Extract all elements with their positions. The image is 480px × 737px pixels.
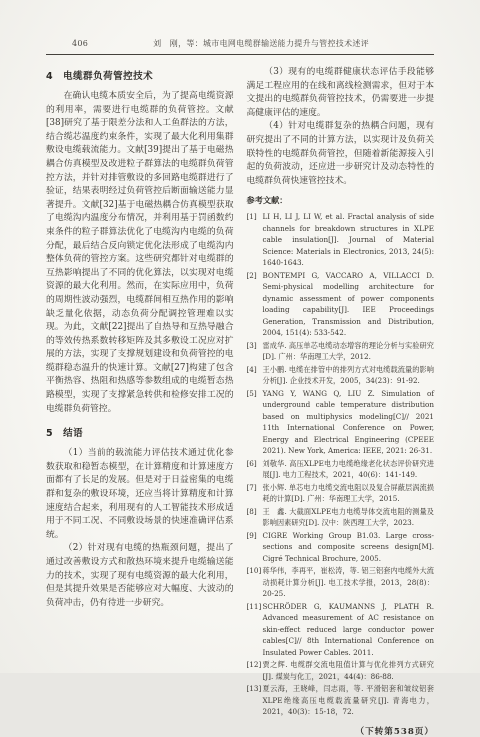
journal-page: 406 刘 刚，等：城市电网电缆群输送能力提升与管控技术述评 4 电缆群负荷管控… bbox=[0, 0, 480, 673]
conclusion-point-1: （1）当前的载流能力评估技术通过优化参数获取和稳暂态模型，在计算精度和计算速度方… bbox=[46, 447, 234, 542]
page-header: 406 刘 刚，等：城市电网电缆群输送能力提升与管控技术述评 bbox=[46, 38, 434, 49]
running-title: 刘 刚，等：城市电网电缆群输送能力提升与管控技术述评 bbox=[88, 38, 434, 49]
reference-label: [1] bbox=[247, 211, 263, 269]
reference-label: [8] bbox=[247, 506, 263, 529]
reference-label: [9] bbox=[247, 530, 263, 565]
reference-label: [2] bbox=[247, 270, 263, 339]
reference-text: LI H, LI J, LI W, et al. Fractal analysi… bbox=[263, 211, 435, 269]
conclusion-point-4: （4）针对电缆群复杂的热耦合问题，现有研究提出了不同的计算方法，以实现计及负荷关… bbox=[247, 120, 435, 188]
reference-text: 蒋华伟，李再平，崔松涛，等. 铝三铝套内电缆外大流动损耗计算分析[J]. 电工技… bbox=[263, 565, 435, 600]
reference-item-7: [7] 张小辉. 单芯电力电缆交流电阻以及复合屏蔽层涡流损耗的计算[D]. 广州… bbox=[247, 482, 435, 505]
reference-text: 王小鹏. 电缆在排管中的排列方式对电缆载流量的影响分析[J]. 企业技术开发，2… bbox=[263, 364, 435, 387]
reference-text: YANG Y, WANG Q, LIU Z. Simulation of und… bbox=[263, 388, 435, 457]
references-heading: 参考文献： bbox=[247, 195, 435, 206]
section-5-heading: 5 结语 bbox=[46, 425, 234, 439]
reference-item-1: [1] LI H, LI J, LI W, et al. Fractal ana… bbox=[247, 211, 435, 269]
reference-item-5: [5] YANG Y, WANG Q, LIU Z. Simulation of… bbox=[247, 388, 435, 457]
reference-list: [1] LI H, LI J, LI W, et al. Fractal ana… bbox=[247, 211, 435, 718]
conclusion-point-3: （3）现有的电缆群健康状态评估手段能够满足工程应用的在线和离线检测需求，但对于本… bbox=[247, 66, 435, 120]
reference-item-8: [8] 王 鑫. 大截面XLPE电力电缆导体交流电阻的测量及影响因素研究[D].… bbox=[247, 506, 435, 529]
right-column: （3）现有的电缆群健康状态评估手段能够满足工程应用的在线和离线检测需求，但对于本… bbox=[247, 66, 435, 737]
reference-label: [5] bbox=[247, 388, 263, 457]
reference-item-4: [4] 王小鹏. 电缆在排管中的排列方式对电缆载流量的影响分析[J]. 企业技术… bbox=[247, 364, 435, 387]
section-4-paragraph: 在确认电缆本质安全后，为了提高电缆资源的利用率，需要进行电缆群的负荷管控。文献[… bbox=[46, 90, 234, 416]
reference-text: 张小辉. 单芯电力电缆交流电阻以及复合屏蔽层涡流损耗的计算[D]. 广州：华南理… bbox=[263, 482, 435, 505]
reference-text: 贾之辉. 电缆群交流电阻值计算与优化排列方式研究[J]. 煤炭与化工，2021，… bbox=[263, 659, 435, 682]
reference-text: BONTEMPI G, VACCARO A, VILLACCI D. Semi-… bbox=[263, 270, 435, 339]
reference-label: [11] bbox=[247, 601, 263, 659]
reference-text: 王 鑫. 大截面XLPE电力电缆导体交流电阻的测量及影响因素研究[D]. 汉中：… bbox=[263, 506, 435, 529]
reference-item-6: [6] 刘敬华. 高压XLPE电力电缆绝缘老化状态评价研究进展[J]. 电力工程… bbox=[247, 458, 435, 481]
reference-label: [3] bbox=[247, 340, 263, 363]
reference-label: [13] bbox=[247, 683, 263, 718]
reference-label: [4] bbox=[247, 364, 263, 387]
reference-item-9: [9] CIGRE Working Group B1.03. Large cro… bbox=[247, 530, 435, 565]
section-4-heading: 4 电缆群负荷管控技术 bbox=[46, 68, 234, 82]
header-rule bbox=[46, 54, 434, 55]
reference-text: 刘敬华. 高压XLPE电力电缆绝缘老化状态评价研究进展[J]. 电力工程技术，2… bbox=[263, 458, 435, 481]
reference-item-2: [2] BONTEMPI G, VACCARO A, VILLACCI D. S… bbox=[247, 270, 435, 339]
reference-text: SCHRÖDER G, KAUMANNS J, PLATH R. Advance… bbox=[263, 601, 435, 659]
continued-note: （下转第538页） bbox=[247, 725, 435, 737]
reference-item-12: [12] 贾之辉. 电缆群交流电阻值计算与优化排列方式研究[J]. 煤炭与化工，… bbox=[247, 659, 435, 682]
reference-item-13: [13] 夏云海，王晓峰，闫志雨，等. 平滑铝套和皱纹铝套XLPE绝缘高压电缆载… bbox=[247, 683, 435, 718]
reference-text: CIGRE Working Group B1.03. Large cross-s… bbox=[263, 530, 435, 565]
reference-item-3: [3] 雷成华. 高压单芯电缆动态增容的理论分析与实验研究[D]. 广州：华南理… bbox=[247, 340, 435, 363]
reference-label: [7] bbox=[247, 482, 263, 505]
reference-label: [10] bbox=[247, 565, 263, 600]
reference-text: 雷成华. 高压单芯电缆动态增容的理论分析与实验研究[D]. 广州：华南理工大学，… bbox=[263, 340, 435, 363]
reference-label: [12] bbox=[247, 659, 263, 682]
reference-item-11: [11] SCHRÖDER G, KAUMANNS J, PLATH R. Ad… bbox=[247, 601, 435, 659]
reference-label: [6] bbox=[247, 458, 263, 481]
conclusion-point-2: （2）针对现有电缆的热瓶颈问题，提出了通过改善敷设方式和散热环境来提升电缆输送能… bbox=[46, 542, 234, 610]
page-body: 4 电缆群负荷管控技术 在确认电缆本质安全后，为了提高电缆资源的利用率，需要进行… bbox=[46, 66, 434, 737]
page-number: 406 bbox=[72, 39, 88, 48]
reference-text: 夏云海，王晓峰，闫志雨，等. 平滑铝套和皱纹铝套XLPE绝缘高压电缆载流量研究[… bbox=[263, 683, 435, 718]
left-column: 4 电缆群负荷管控技术 在确认电缆本质安全后，为了提高电缆资源的利用率，需要进行… bbox=[46, 66, 234, 737]
reference-item-10: [10] 蒋华伟，李再平，崔松涛，等. 铝三铝套内电缆外大流动损耗计算分析[J]… bbox=[247, 565, 435, 600]
